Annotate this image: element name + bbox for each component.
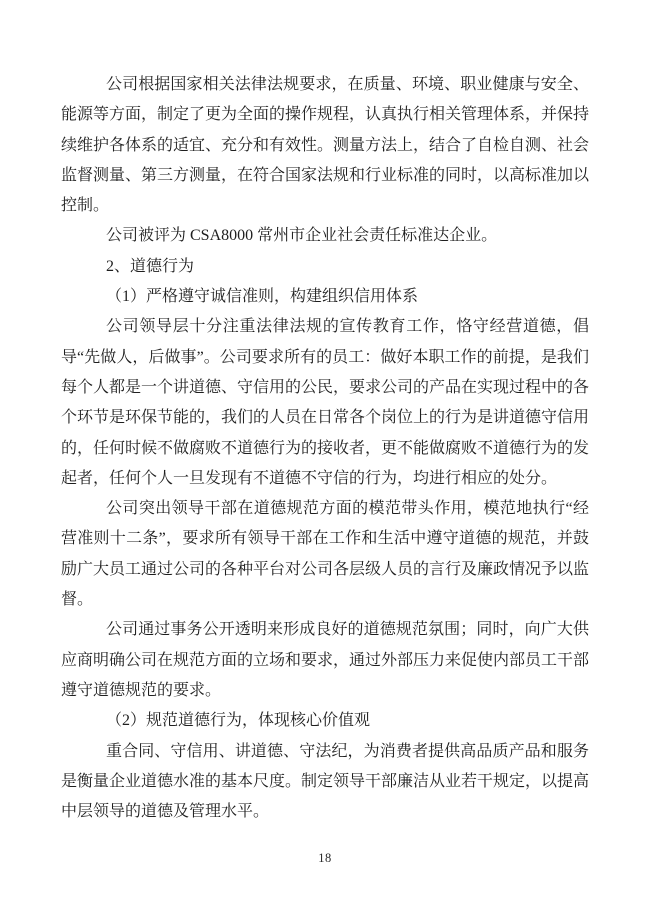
- subheading-integrity-principles: （1）严格遵守诚信准则，构建组织信用体系: [61, 282, 589, 312]
- paragraph-moral-standards: 重合同、守信用、讲道德、守法纪，为消费者提供高品质产品和服务是衡量企业道德水准的…: [61, 737, 589, 828]
- document-body: 公司根据国家相关法律法规要求，在质量、环境、职业健康与安全、能源等方面，制定了更…: [61, 70, 589, 827]
- paragraph-transparency: 公司通过事务公开透明来形成良好的道德规范氛围；同时，向广大供应商明确公司在规范方…: [61, 615, 589, 706]
- paragraph-regulations: 公司根据国家相关法律法规要求，在质量、环境、职业健康与安全、能源等方面，制定了更…: [61, 70, 589, 221]
- document-page: 公司根据国家相关法律法规要求，在质量、环境、职业健康与安全、能源等方面，制定了更…: [0, 0, 650, 920]
- page-number: 18: [0, 851, 650, 866]
- paragraph-leadership-education: 公司领导层十分注重法律法规的宣传教育工作，恪守经营道德，倡导“先做人，后做事”。…: [61, 312, 589, 494]
- heading-moral-behavior: 2、道德行为: [61, 252, 589, 282]
- paragraph-cadre-model-role: 公司突出领导干部在道德规范方面的模范带头作用，模范地执行“经营准则十二条”，要求…: [61, 494, 589, 615]
- subheading-core-values: （2）规范道德行为，体现核心价值观: [61, 706, 589, 736]
- paragraph-csa8000-award: 公司被评为 CSA8000 常州市企业社会责任标准达企业。: [61, 221, 589, 251]
